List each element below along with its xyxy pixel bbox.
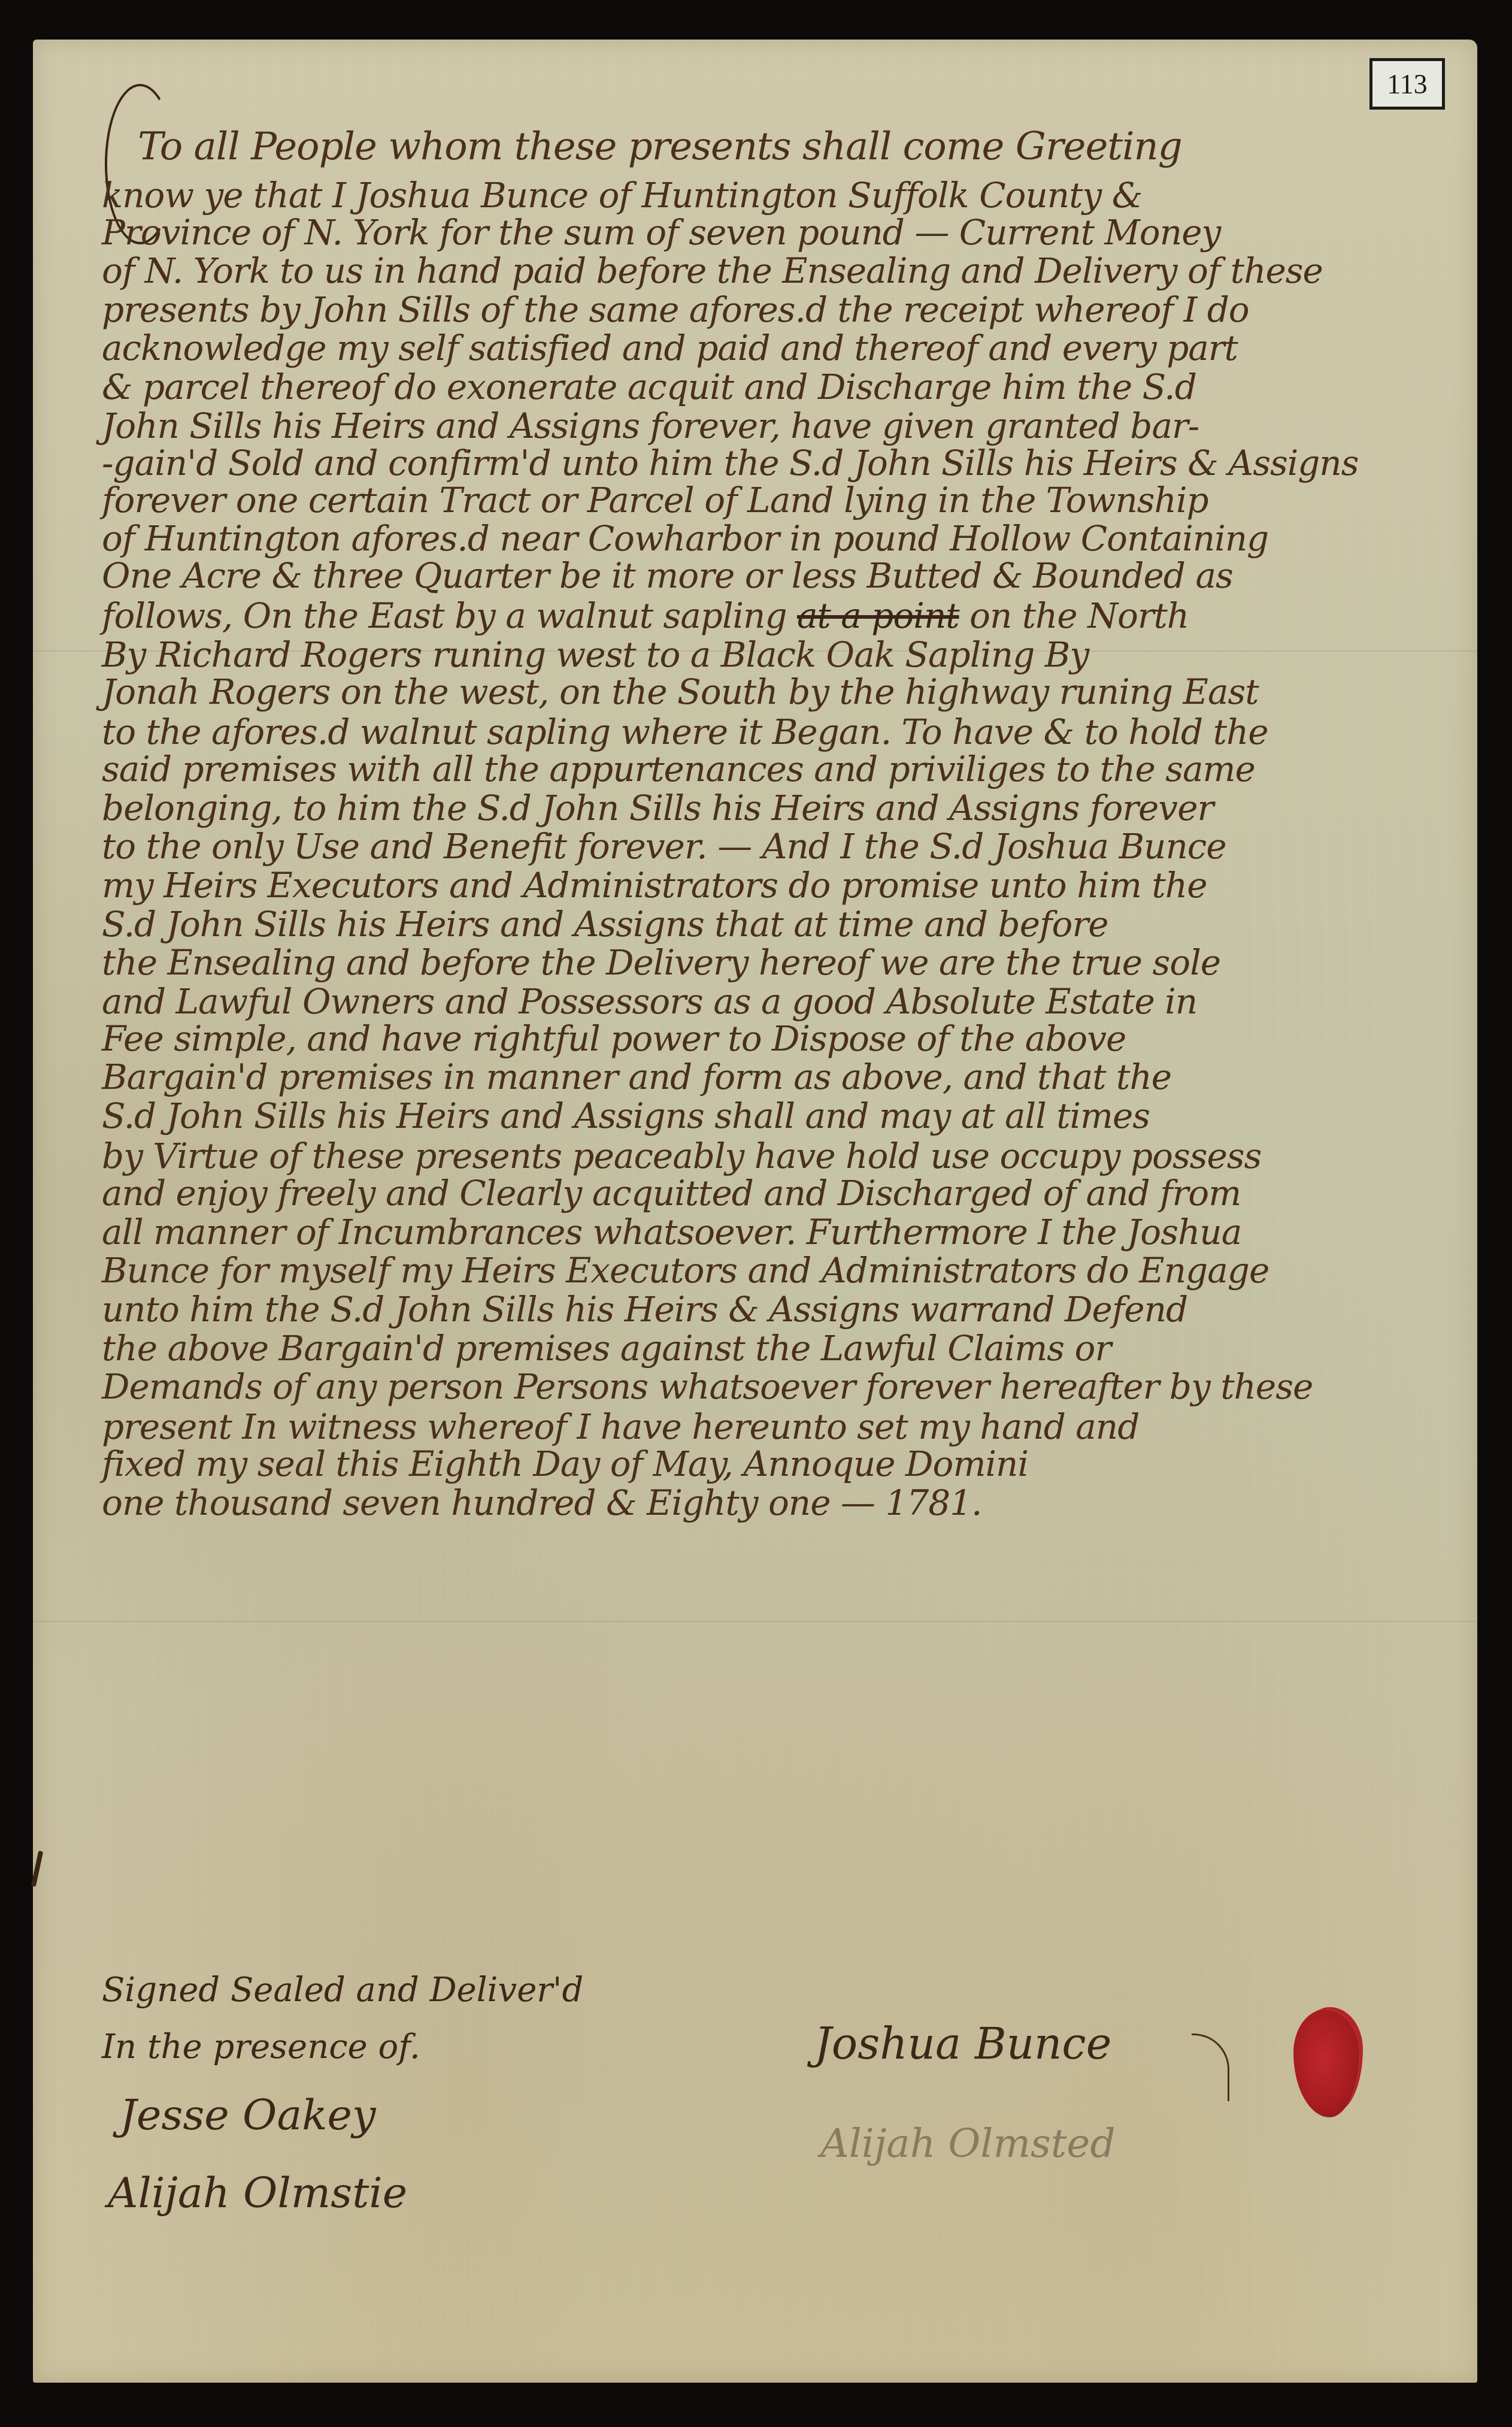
paper-fold-line xyxy=(33,1621,1477,1622)
deed-line: of Huntington afores.d near Cowharbor in… xyxy=(102,518,1268,559)
witness-signature-2: Alijah Olmstie xyxy=(108,2168,407,2217)
deed-line: said premises with all the appurtenances… xyxy=(102,748,1255,790)
deed-line: S.d John Sills his Heirs and Assigns tha… xyxy=(102,903,1108,945)
deed-line: Fee simple, and have rightful power to D… xyxy=(102,1018,1126,1060)
attestation-in-presence: In the presence of. xyxy=(102,2027,420,2066)
deed-line: forever one certain Tract or Parcel of L… xyxy=(102,479,1208,521)
deed-line: follows, On the East by a walnut sapling… xyxy=(102,595,1189,637)
deed-line: Bargain'd premises in manner and form as… xyxy=(102,1056,1171,1098)
deed-line: the above Bargain'd premises against the… xyxy=(102,1327,1111,1369)
struck-through-text: at a point xyxy=(797,595,959,636)
deed-line: Province of N. York for the sum of seven… xyxy=(102,211,1220,253)
deed-line: know ye that I Joshua Bunce of Huntingto… xyxy=(102,174,1142,216)
deed-line: fixed my seal this Eighth Day of May, An… xyxy=(102,1443,1028,1485)
deed-line: to the afores.d walnut sapling where it … xyxy=(102,711,1268,753)
deed-line: the Ensealing and before the Delivery he… xyxy=(102,942,1220,983)
deed-line: belonging, to him the S.d John Sills his… xyxy=(102,787,1213,829)
deed-line: by Virtue of these presents peaceably ha… xyxy=(102,1135,1261,1177)
deed-line: all manner of Incumbrances whatsoever. F… xyxy=(102,1211,1241,1253)
deed-line: and Lawful Owners and Possessors as a go… xyxy=(102,981,1197,1022)
deed-line: To all People whom these presents shall … xyxy=(138,126,1182,168)
deed-line: Demands of any person Persons whatsoever… xyxy=(102,1366,1313,1408)
deed-line: Jonah Rogers on the west, on the South b… xyxy=(102,671,1259,713)
deed-line: Bunce for myself my Heirs Executors and … xyxy=(102,1249,1269,1291)
deed-line: acknowledge my self satisfied and paid a… xyxy=(102,327,1238,369)
faint-signature: Alijah Olmsted xyxy=(820,2120,1116,2166)
deed-line: and enjoy freely and Clearly acquitted a… xyxy=(102,1172,1241,1214)
deed-line: -gain'd Sold and confirm'd unto him the … xyxy=(102,442,1358,484)
witness-signature-1: Jesse Oakey xyxy=(120,2090,376,2139)
deed-line: One Acre & three Quarter be it more or l… xyxy=(102,555,1233,597)
deed-line: By Richard Rogers runing west to a Black… xyxy=(102,634,1089,676)
deed-line: S.d John Sills his Heirs and Assigns sha… xyxy=(102,1095,1150,1137)
deed-line: my Heirs Executors and Administrators do… xyxy=(102,864,1207,906)
deed-line: to the only Use and Benefit forever. — A… xyxy=(102,825,1226,867)
deed-line: & parcel thereof do exonerate acquit and… xyxy=(102,366,1196,408)
attestation-signed-sealed: Signed Sealed and Deliver'd xyxy=(102,1971,583,2010)
grantor-signature: Joshua Bunce xyxy=(814,2019,1111,2069)
deed-line: present In witness whereof I have hereun… xyxy=(102,1406,1139,1448)
page-number-label: 113 xyxy=(1369,58,1445,110)
deed-line: one thousand seven hundred & Eighty one … xyxy=(102,1482,981,1524)
deed-line: presents by John Sills of the same afore… xyxy=(102,289,1249,331)
deed-line: of N. York to us in hand paid before the… xyxy=(102,250,1323,292)
deed-line: unto him the S.d John Sills his Heirs & … xyxy=(102,1288,1187,1330)
deed-line: John Sills his Heirs and Assigns forever… xyxy=(102,405,1199,447)
